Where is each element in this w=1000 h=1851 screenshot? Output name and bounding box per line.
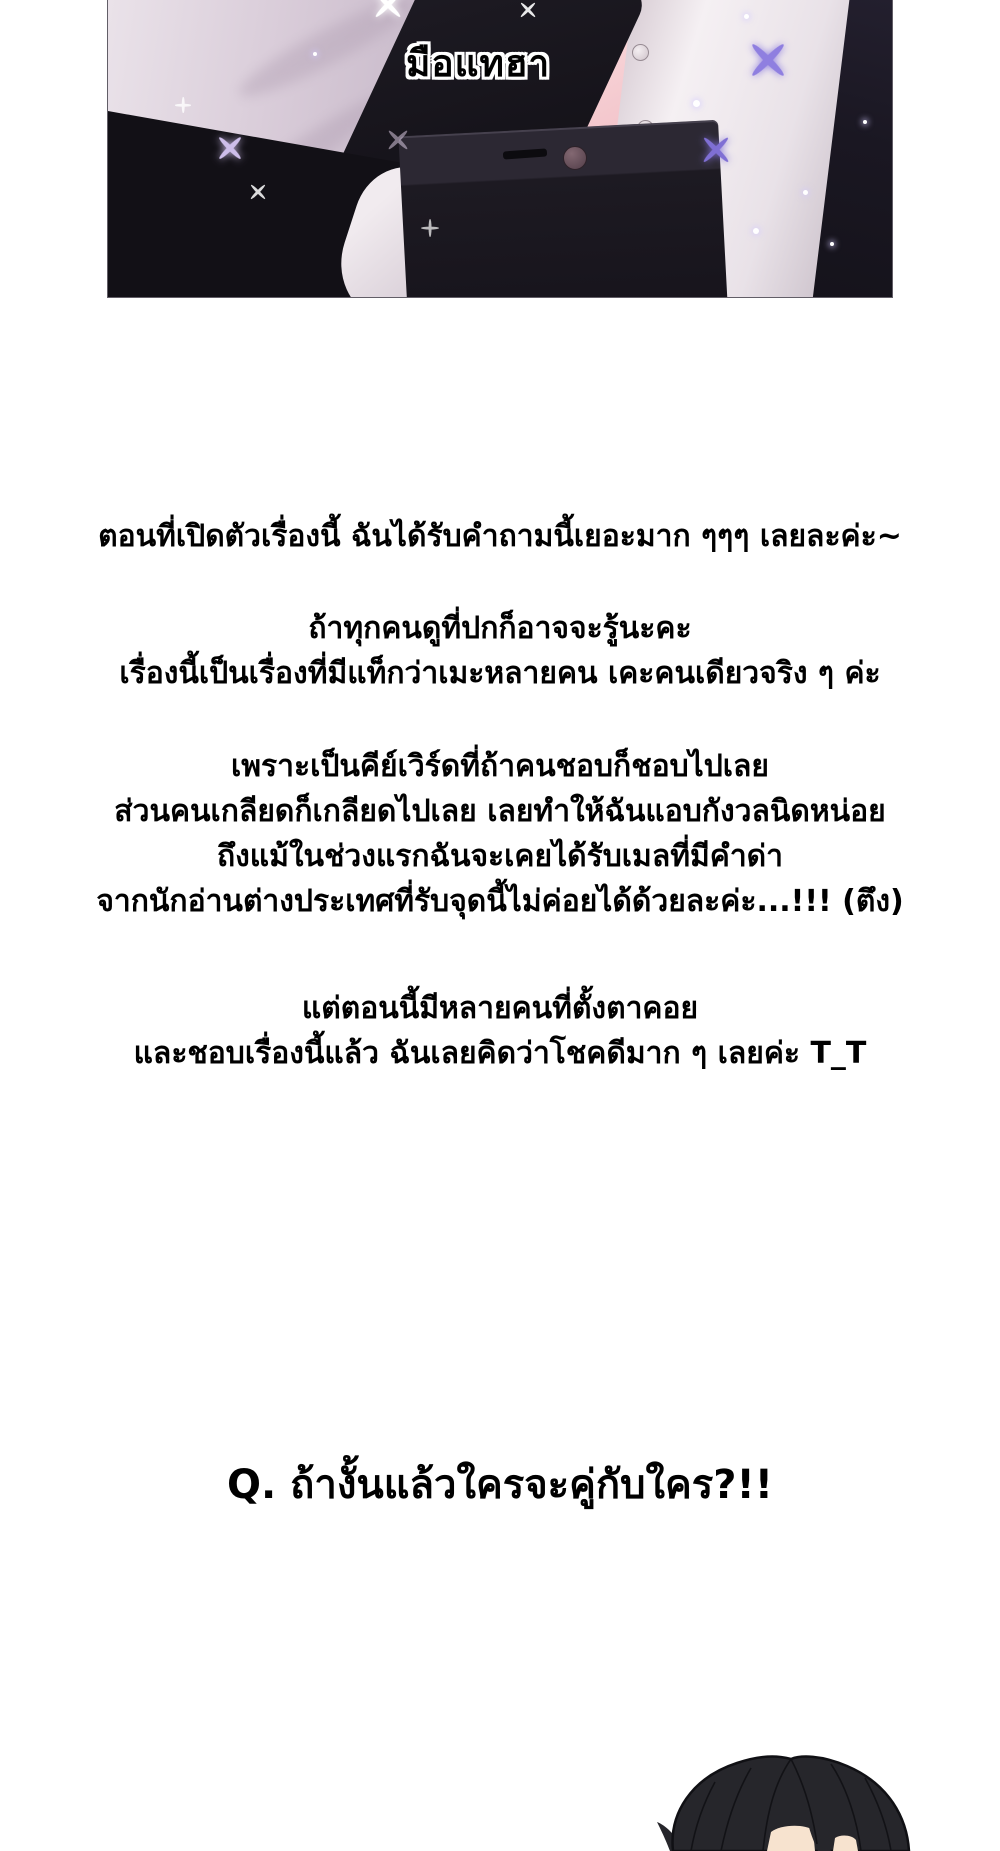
afterword-line: ถ้าทุกคนดูที่ปกก็อาจจะรู้นะคะ (0, 606, 1000, 651)
afterword-line: ส่วนคนเกลียดก็เกลียดไปเลย เลยทำให้ฉันแอบ… (0, 789, 1000, 834)
star-dot (830, 242, 834, 246)
panel-caption: มือแทฮา (406, 34, 550, 93)
character-head-svg (655, 1752, 925, 1851)
afterword-line: ตอนที่เปิดตัวเรื่องนี้ ฉันได้รับคำถามนี้… (0, 514, 1000, 559)
sparkle-icon (175, 97, 191, 113)
star-dot (753, 228, 759, 234)
pants-button (563, 146, 587, 170)
afterword-line: เรื่องนี้เป็นเรื่องที่มีแท็กว่าเมะหลายคน… (0, 651, 1000, 696)
star-dot (693, 100, 700, 107)
star-dot (313, 52, 317, 56)
character-head-illustration (655, 1752, 925, 1851)
afterword-paragraph: แต่ตอนนี้มีหลายคนที่ตั้งตาคอย และชอบเรื่… (0, 986, 1000, 1076)
afterword-line: แต่ตอนนี้มีหลายคนที่ตั้งตาคอย (0, 986, 1000, 1031)
afterword-paragraph: ถ้าทุกคนดูที่ปกก็อาจจะรู้นะคะ เรื่องนี้เ… (0, 606, 1000, 696)
star-dot (744, 14, 749, 19)
star-dot (863, 120, 867, 124)
afterword-line: เพราะเป็นคีย์เวิร์ดที่ถ้าคนชอบก็ชอบไปเลย (0, 744, 1000, 789)
afterword-line: และชอบเรื่องนี้แล้ว ฉันเลยคิดว่าโชคดีมาก… (0, 1031, 1000, 1076)
afterword-line: จากนักอ่านต่างประเทศที่รับจุดนี้ไม่ค่อยไ… (0, 879, 1000, 924)
afterword-paragraph: เพราะเป็นคีย์เวิร์ดที่ถ้าคนชอบก็ชอบไปเลย… (0, 744, 1000, 924)
afterword-line: ถึงแม้ในช่วงแรกฉันจะเคยได้รับเมลที่มีคำด… (0, 834, 1000, 879)
afterword-paragraph: ตอนที่เปิดตัวเรื่องนี้ ฉันได้รับคำถามนี้… (0, 514, 1000, 559)
sparkle-icon (421, 219, 439, 237)
shirt-button (632, 44, 649, 61)
comic-panel: มือแทฮา (108, 0, 892, 297)
pants-waistband (398, 120, 727, 297)
webtoon-page: มือแทฮา ตอนที่เปิดตัวเรื่องนี้ ฉันได้รับ… (0, 0, 1000, 1851)
question-heading: Q. ถ้างั้นแล้วใครจะคู่กับใคร?!! (0, 1456, 1000, 1514)
star-dot (803, 190, 808, 195)
